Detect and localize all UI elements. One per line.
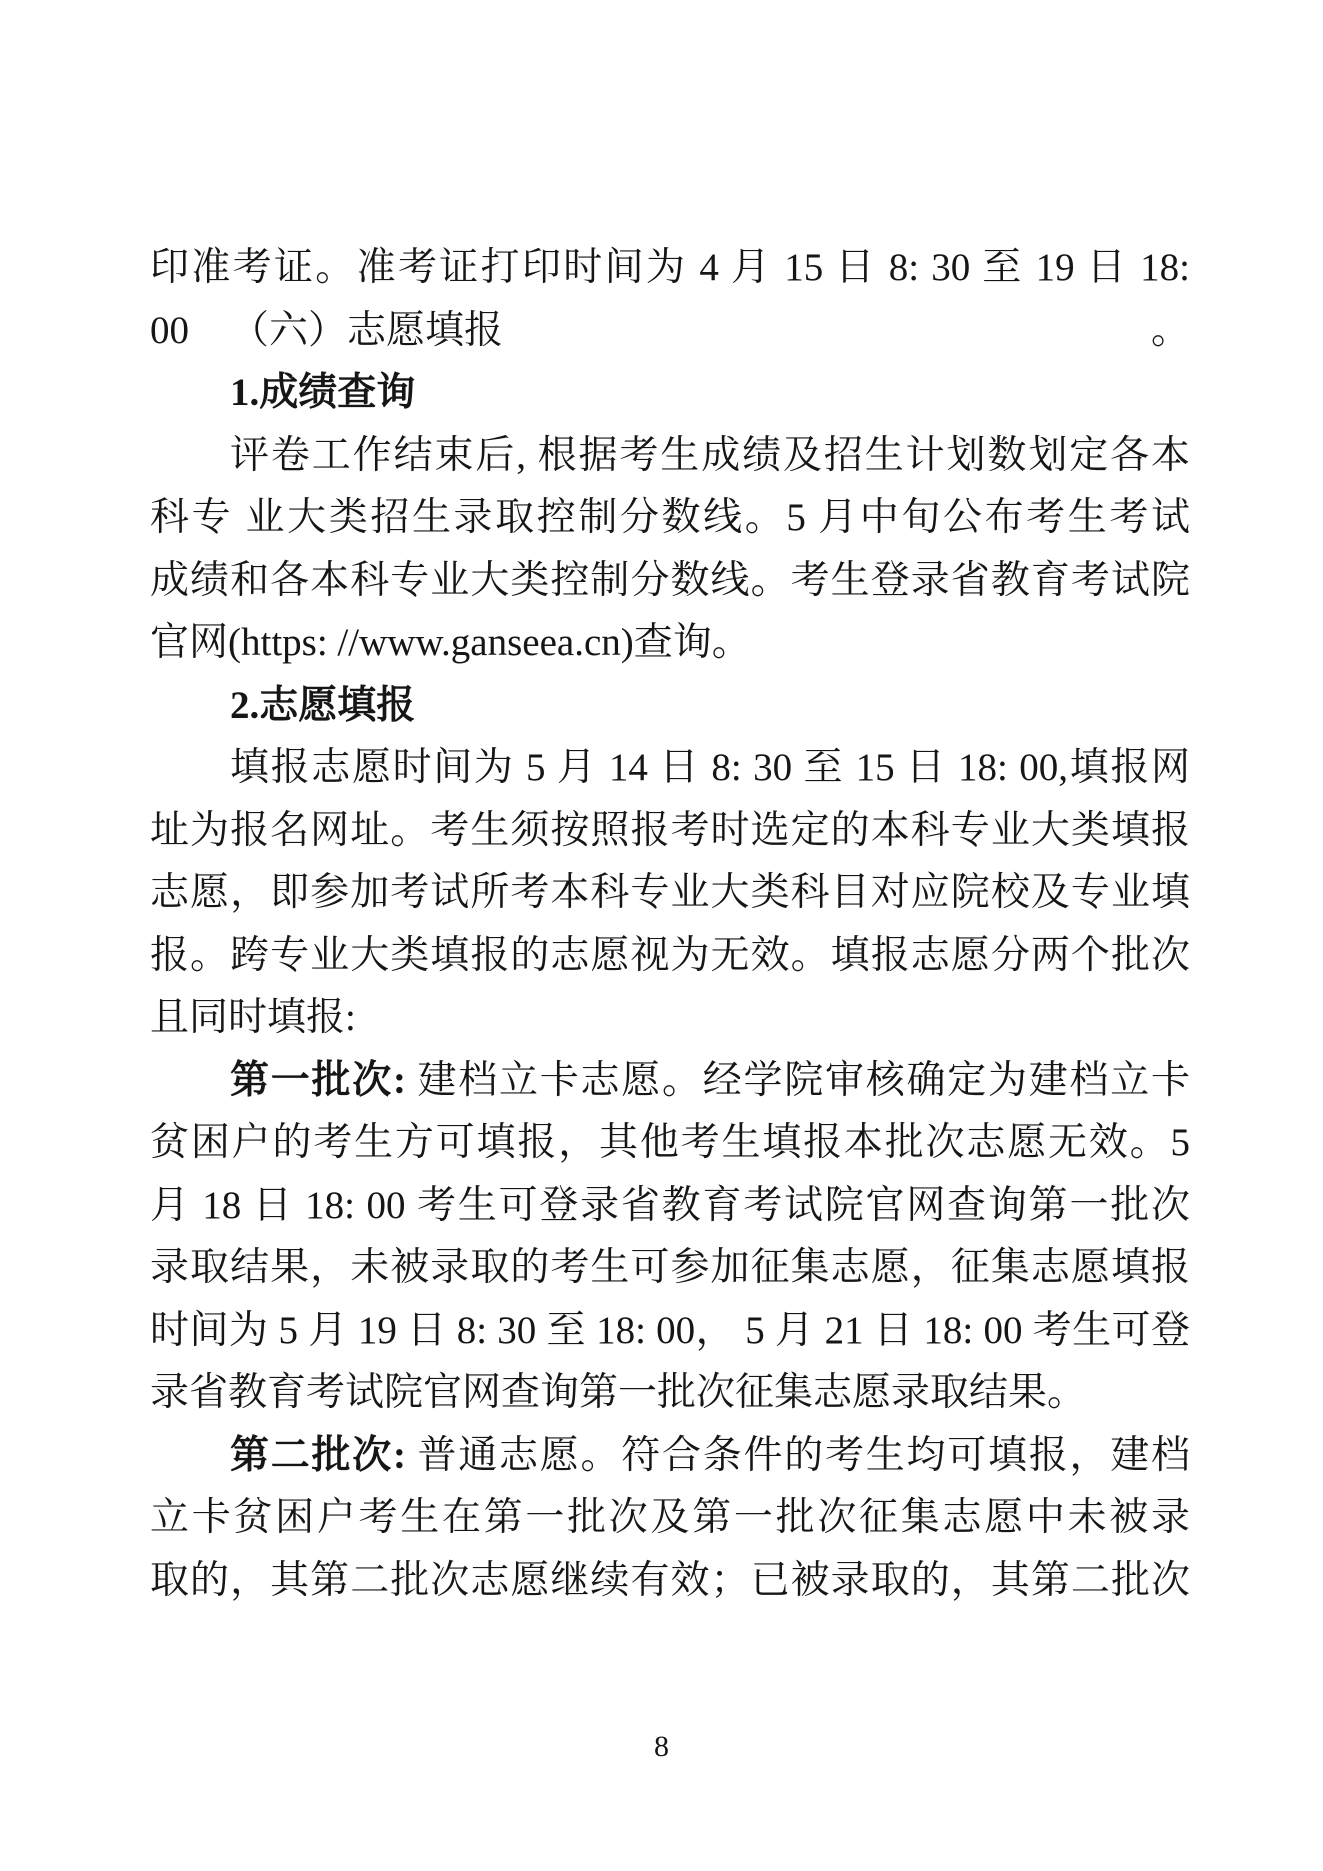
body-line: 录取结果，未被录取的考生可参加征集志愿，征集志愿填报 (150, 1237, 1190, 1300)
batch-1-label: 第一批次: (230, 1059, 406, 1102)
body-line-batch-2: 第二批次: 普通志愿。符合条件的考生均可填报，建档 (150, 1425, 1190, 1488)
body-line-with-url: 官网(https: //www.ganseea.cn)查询。 (150, 612, 1190, 675)
batch-2-label: 第二批次: (230, 1434, 406, 1477)
body-line: 且同时填报: (150, 987, 1190, 1050)
batch-2-text: 普通志愿。符合条件的考生均可填报，建档 (406, 1434, 1190, 1477)
document-page: 印准考证。准考证打印时间为 4 月 15 日 8: 30 至 19 日 18: … (0, 0, 1323, 1871)
body-line: 志愿，即参加考试所考本科专业大类科目对应院校及专业填 (150, 862, 1190, 925)
batch-1-text: 建档立卡志愿。经学院审核确定为建档立卡 (406, 1059, 1190, 1102)
body-line: 贫困户的考生方可填报，其他考生填报本批次志愿无效。5 (150, 1112, 1190, 1175)
body-line: 立卡贫困户考生在第一批次及第一批次征集志愿中未被录 (150, 1487, 1190, 1550)
body-line: 取的，其第二批次志愿继续有效；已被录取的，其第二批次 (150, 1550, 1190, 1613)
body-line: 评卷工作结束后, 根据考生成绩及招生计划数划定各本 (150, 425, 1190, 488)
document-body: 印准考证。准考证打印时间为 4 月 15 日 8: 30 至 19 日 18: … (150, 237, 1190, 1612)
body-line: 科专 业大类招生录取控制分数线。5 月中旬公布考生考试 (150, 487, 1190, 550)
page-number: 8 (0, 1726, 1323, 1768)
body-line: 时间为 5 月 19 日 8: 30 至 18: 00， 5 月 21 日 18… (150, 1300, 1190, 1363)
body-line: 报。跨专业大类填报的志愿视为无效。填报志愿分两个批次 (150, 925, 1190, 988)
subsection-heading-2: 2.志愿填报 (150, 675, 1190, 738)
body-line: 成绩和各本科专业大类控制分数线。考生登录省教育考试院 (150, 550, 1190, 613)
body-line: 月 18 日 18: 00 考生可登录省教育考试院官网查询第一批次 (150, 1175, 1190, 1238)
body-line: 填报志愿时间为 5 月 14 日 8: 30 至 15 日 18: 00,填报网 (150, 737, 1190, 800)
body-line: 录省教育考试院官网查询第一批次征集志愿录取结果。 (150, 1362, 1190, 1425)
body-line: 印准考证。准考证打印时间为 4 月 15 日 8: 30 至 19 日 18: … (150, 237, 1190, 300)
body-line-batch-1: 第一批次: 建档立卡志愿。经学院审核确定为建档立卡 (150, 1050, 1190, 1113)
body-line: 址为报名网址。考生须按照报考时选定的本科专业大类填报 (150, 800, 1190, 863)
subsection-heading-1: 1.成绩查询 (150, 362, 1190, 425)
